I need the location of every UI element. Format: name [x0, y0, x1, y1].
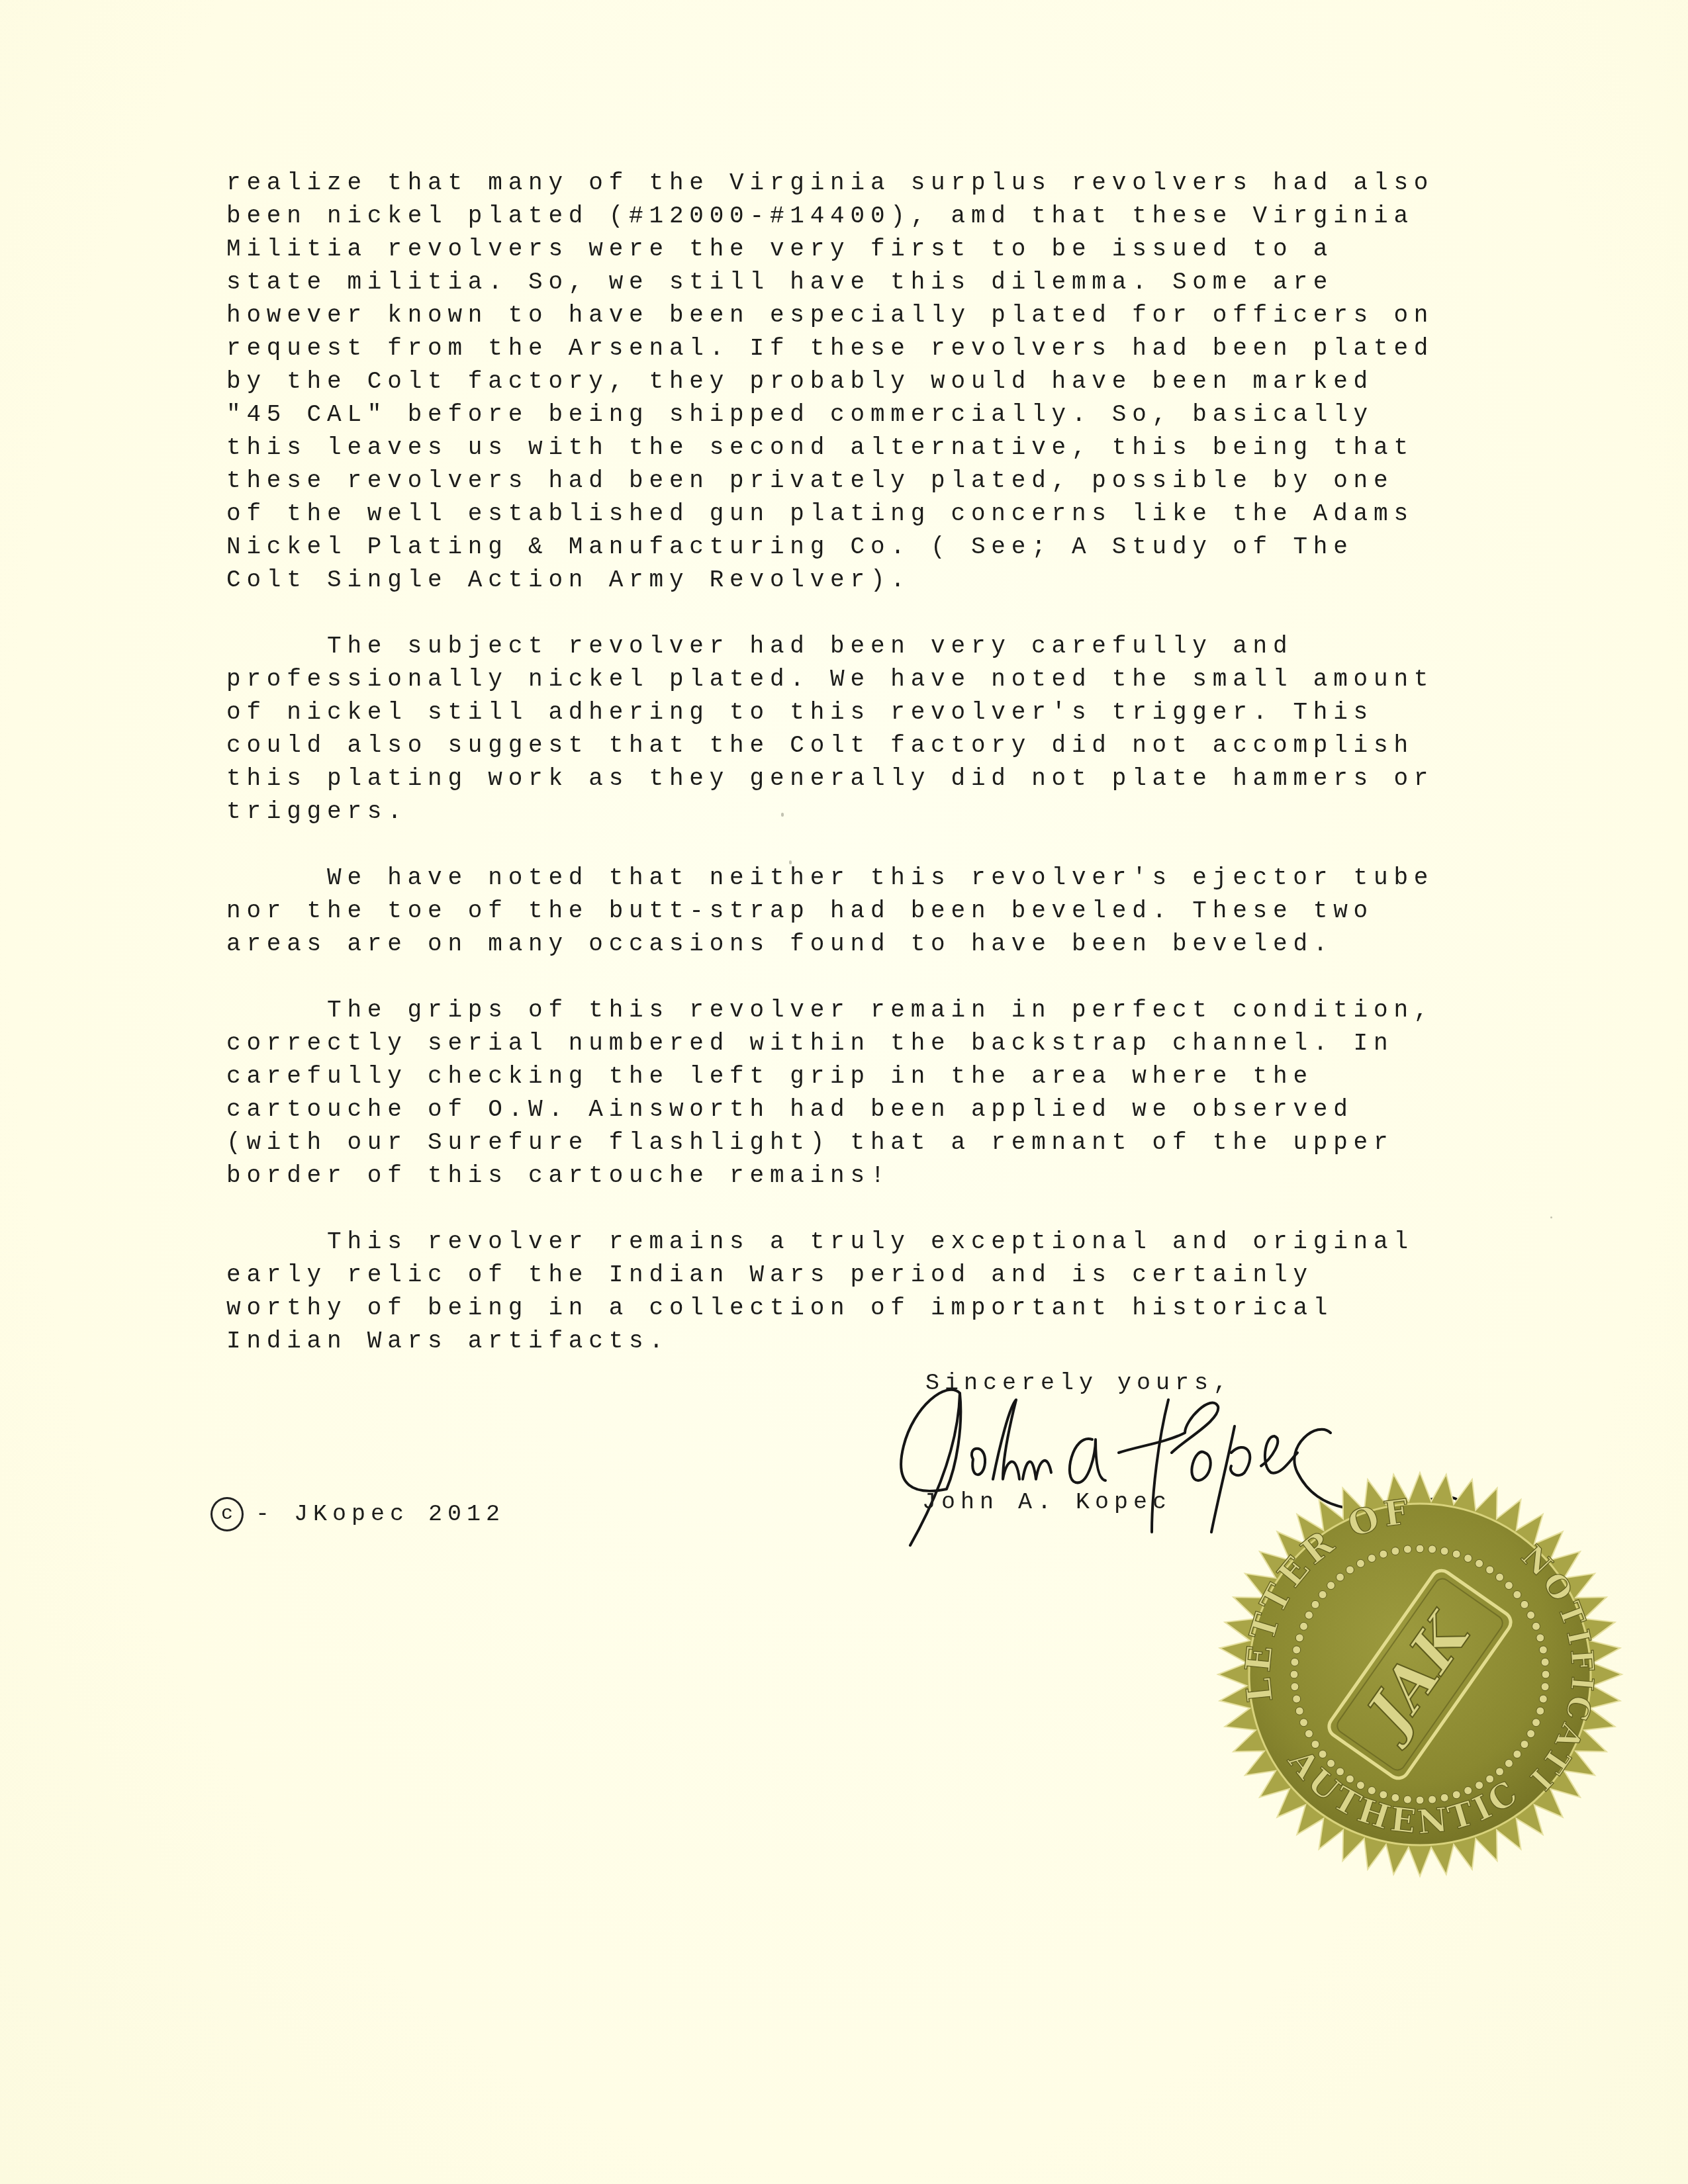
- typed-signer-name: John A. Kopec: [922, 1489, 1172, 1516]
- text-line-content: by the Colt factory, they probably would…: [226, 368, 1374, 395]
- text-line-content: We have noted that neither this revolver…: [327, 864, 1434, 891]
- text-line: border of this cartouche remains!: [226, 1160, 1434, 1193]
- text-line-content: of the well established gun plating conc…: [226, 500, 1414, 527]
- text-line-content: Indian Wars artifacts.: [226, 1328, 669, 1355]
- text-line: these revolvers had been privately plate…: [226, 465, 1434, 498]
- text-line-content: could also suggest that the Colt factory…: [226, 732, 1414, 759]
- text-line-content: Colt Single Action Army Revolver).: [226, 567, 911, 594]
- text-line-content: "45 CAL" before being shipped commercial…: [226, 401, 1374, 428]
- text-line-content: carefully checking the left grip in the …: [226, 1063, 1313, 1090]
- text-line-content: realize that many of the Virginia surplu…: [226, 169, 1434, 197]
- text-line: of nickel still adhering to this revolve…: [226, 696, 1434, 729]
- text-line: Militia revolvers were the very first to…: [226, 233, 1434, 266]
- text-line-content: however known to have been especially pl…: [226, 302, 1434, 329]
- text-line-content: border of this cartouche remains!: [226, 1162, 890, 1189]
- text-line: cartouche of O.W. Ainsworth had been app…: [226, 1093, 1434, 1126]
- text-line-content: correctly serial numbered within the bac…: [226, 1030, 1393, 1057]
- text-line-content: been nickel plated (#12000-#14400), amd …: [226, 203, 1414, 230]
- text-line-content: this leaves us with the second alternati…: [226, 434, 1414, 461]
- text-line-content: Nickel Plating & Manufacturing Co. ( See…: [226, 533, 1354, 561]
- text-line-content: this plating work as they generally did …: [226, 765, 1434, 792]
- text-line: "45 CAL" before being shipped commercial…: [226, 398, 1434, 432]
- text-line: Nickel Plating & Manufacturing Co. ( See…: [226, 531, 1434, 564]
- text-line-content: of nickel still adhering to this revolve…: [226, 699, 1374, 726]
- text-line-content: these revolvers had been privately plate…: [226, 467, 1393, 494]
- letter-page: realize that many of the Virginia surplu…: [0, 0, 1688, 2184]
- text-line-content: request from the Arsenal. If these revol…: [226, 335, 1434, 362]
- text-line: early relic of the Indian Wars period an…: [226, 1259, 1434, 1292]
- text-line: however known to have been especially pl…: [226, 299, 1434, 332]
- text-line: request from the Arsenal. If these revol…: [226, 332, 1434, 365]
- paper-speck: [781, 813, 784, 817]
- text-line-content: The subject revolver had been very caref…: [327, 633, 1293, 660]
- text-line-content: areas are on many occasions found to hav…: [226, 931, 1333, 958]
- gold-seal-icon: LETTER OF NOTIFICATION AUTHENTICATION JA…: [1211, 1466, 1628, 1883]
- letter-body: realize that many of the Virginia surplu…: [226, 167, 1434, 1358]
- text-line: this plating work as they generally did …: [226, 762, 1434, 796]
- text-line: Colt Single Action Army Revolver).: [226, 564, 1434, 597]
- text-line-content: triggers.: [226, 798, 408, 825]
- copyright-text: - JKopec 2012: [256, 1501, 505, 1527]
- text-line: (with our Surefure flashlight) that a re…: [226, 1126, 1434, 1160]
- paragraph: The grips of this revolver remain in per…: [226, 994, 1434, 1193]
- text-line-content: cartouche of O.W. Ainsworth had been app…: [226, 1096, 1354, 1123]
- paragraph: The subject revolver had been very caref…: [226, 630, 1434, 829]
- text-line-content: early relic of the Indian Wars period an…: [226, 1261, 1313, 1289]
- paragraph: This revolver remains a truly exceptiona…: [226, 1226, 1434, 1358]
- text-line-content: worthy of being in a collection of impor…: [226, 1295, 1333, 1322]
- text-line-content: (with our Surefure flashlight) that a re…: [226, 1129, 1393, 1156]
- text-line: been nickel plated (#12000-#14400), amd …: [226, 200, 1434, 233]
- text-line: state militia. So, we still have this di…: [226, 266, 1434, 299]
- copyright-icon: c: [211, 1497, 244, 1531]
- paragraph: We have noted that neither this revolver…: [226, 862, 1434, 961]
- text-line-content: The grips of this revolver remain in per…: [327, 997, 1434, 1024]
- text-line: worthy of being in a collection of impor…: [226, 1292, 1434, 1325]
- text-line: This revolver remains a truly exceptiona…: [226, 1226, 1434, 1259]
- text-line: areas are on many occasions found to hav…: [226, 928, 1434, 961]
- text-line-content: Militia revolvers were the very first to…: [226, 236, 1333, 263]
- text-line: correctly serial numbered within the bac…: [226, 1027, 1434, 1060]
- text-line-content: professionally nickel plated. We have no…: [226, 666, 1434, 693]
- text-line: carefully checking the left grip in the …: [226, 1060, 1434, 1093]
- text-line-content: nor the toe of the butt-strap had been b…: [226, 897, 1374, 925]
- text-line: by the Colt factory, they probably would…: [226, 365, 1434, 398]
- text-line: could also suggest that the Colt factory…: [226, 729, 1434, 762]
- text-line: We have noted that neither this revolver…: [226, 862, 1434, 895]
- copyright-notice: c - JKopec 2012: [211, 1497, 505, 1531]
- text-line: triggers.: [226, 796, 1434, 829]
- paper-speck: [1550, 1216, 1552, 1218]
- text-line: nor the toe of the butt-strap had been b…: [226, 895, 1434, 928]
- paragraph: realize that many of the Virginia surplu…: [226, 167, 1434, 597]
- text-line-content: state militia. So, we still have this di…: [226, 269, 1333, 296]
- paper-speck: [789, 860, 792, 864]
- text-line: realize that many of the Virginia surplu…: [226, 167, 1434, 200]
- text-line: professionally nickel plated. We have no…: [226, 663, 1434, 696]
- text-line: The subject revolver had been very caref…: [226, 630, 1434, 663]
- text-line-content: This revolver remains a truly exceptiona…: [327, 1228, 1414, 1255]
- text-line: Indian Wars artifacts.: [226, 1325, 1434, 1358]
- text-line: of the well established gun plating conc…: [226, 498, 1434, 531]
- text-line: The grips of this revolver remain in per…: [226, 994, 1434, 1027]
- text-line: this leaves us with the second alternati…: [226, 432, 1434, 465]
